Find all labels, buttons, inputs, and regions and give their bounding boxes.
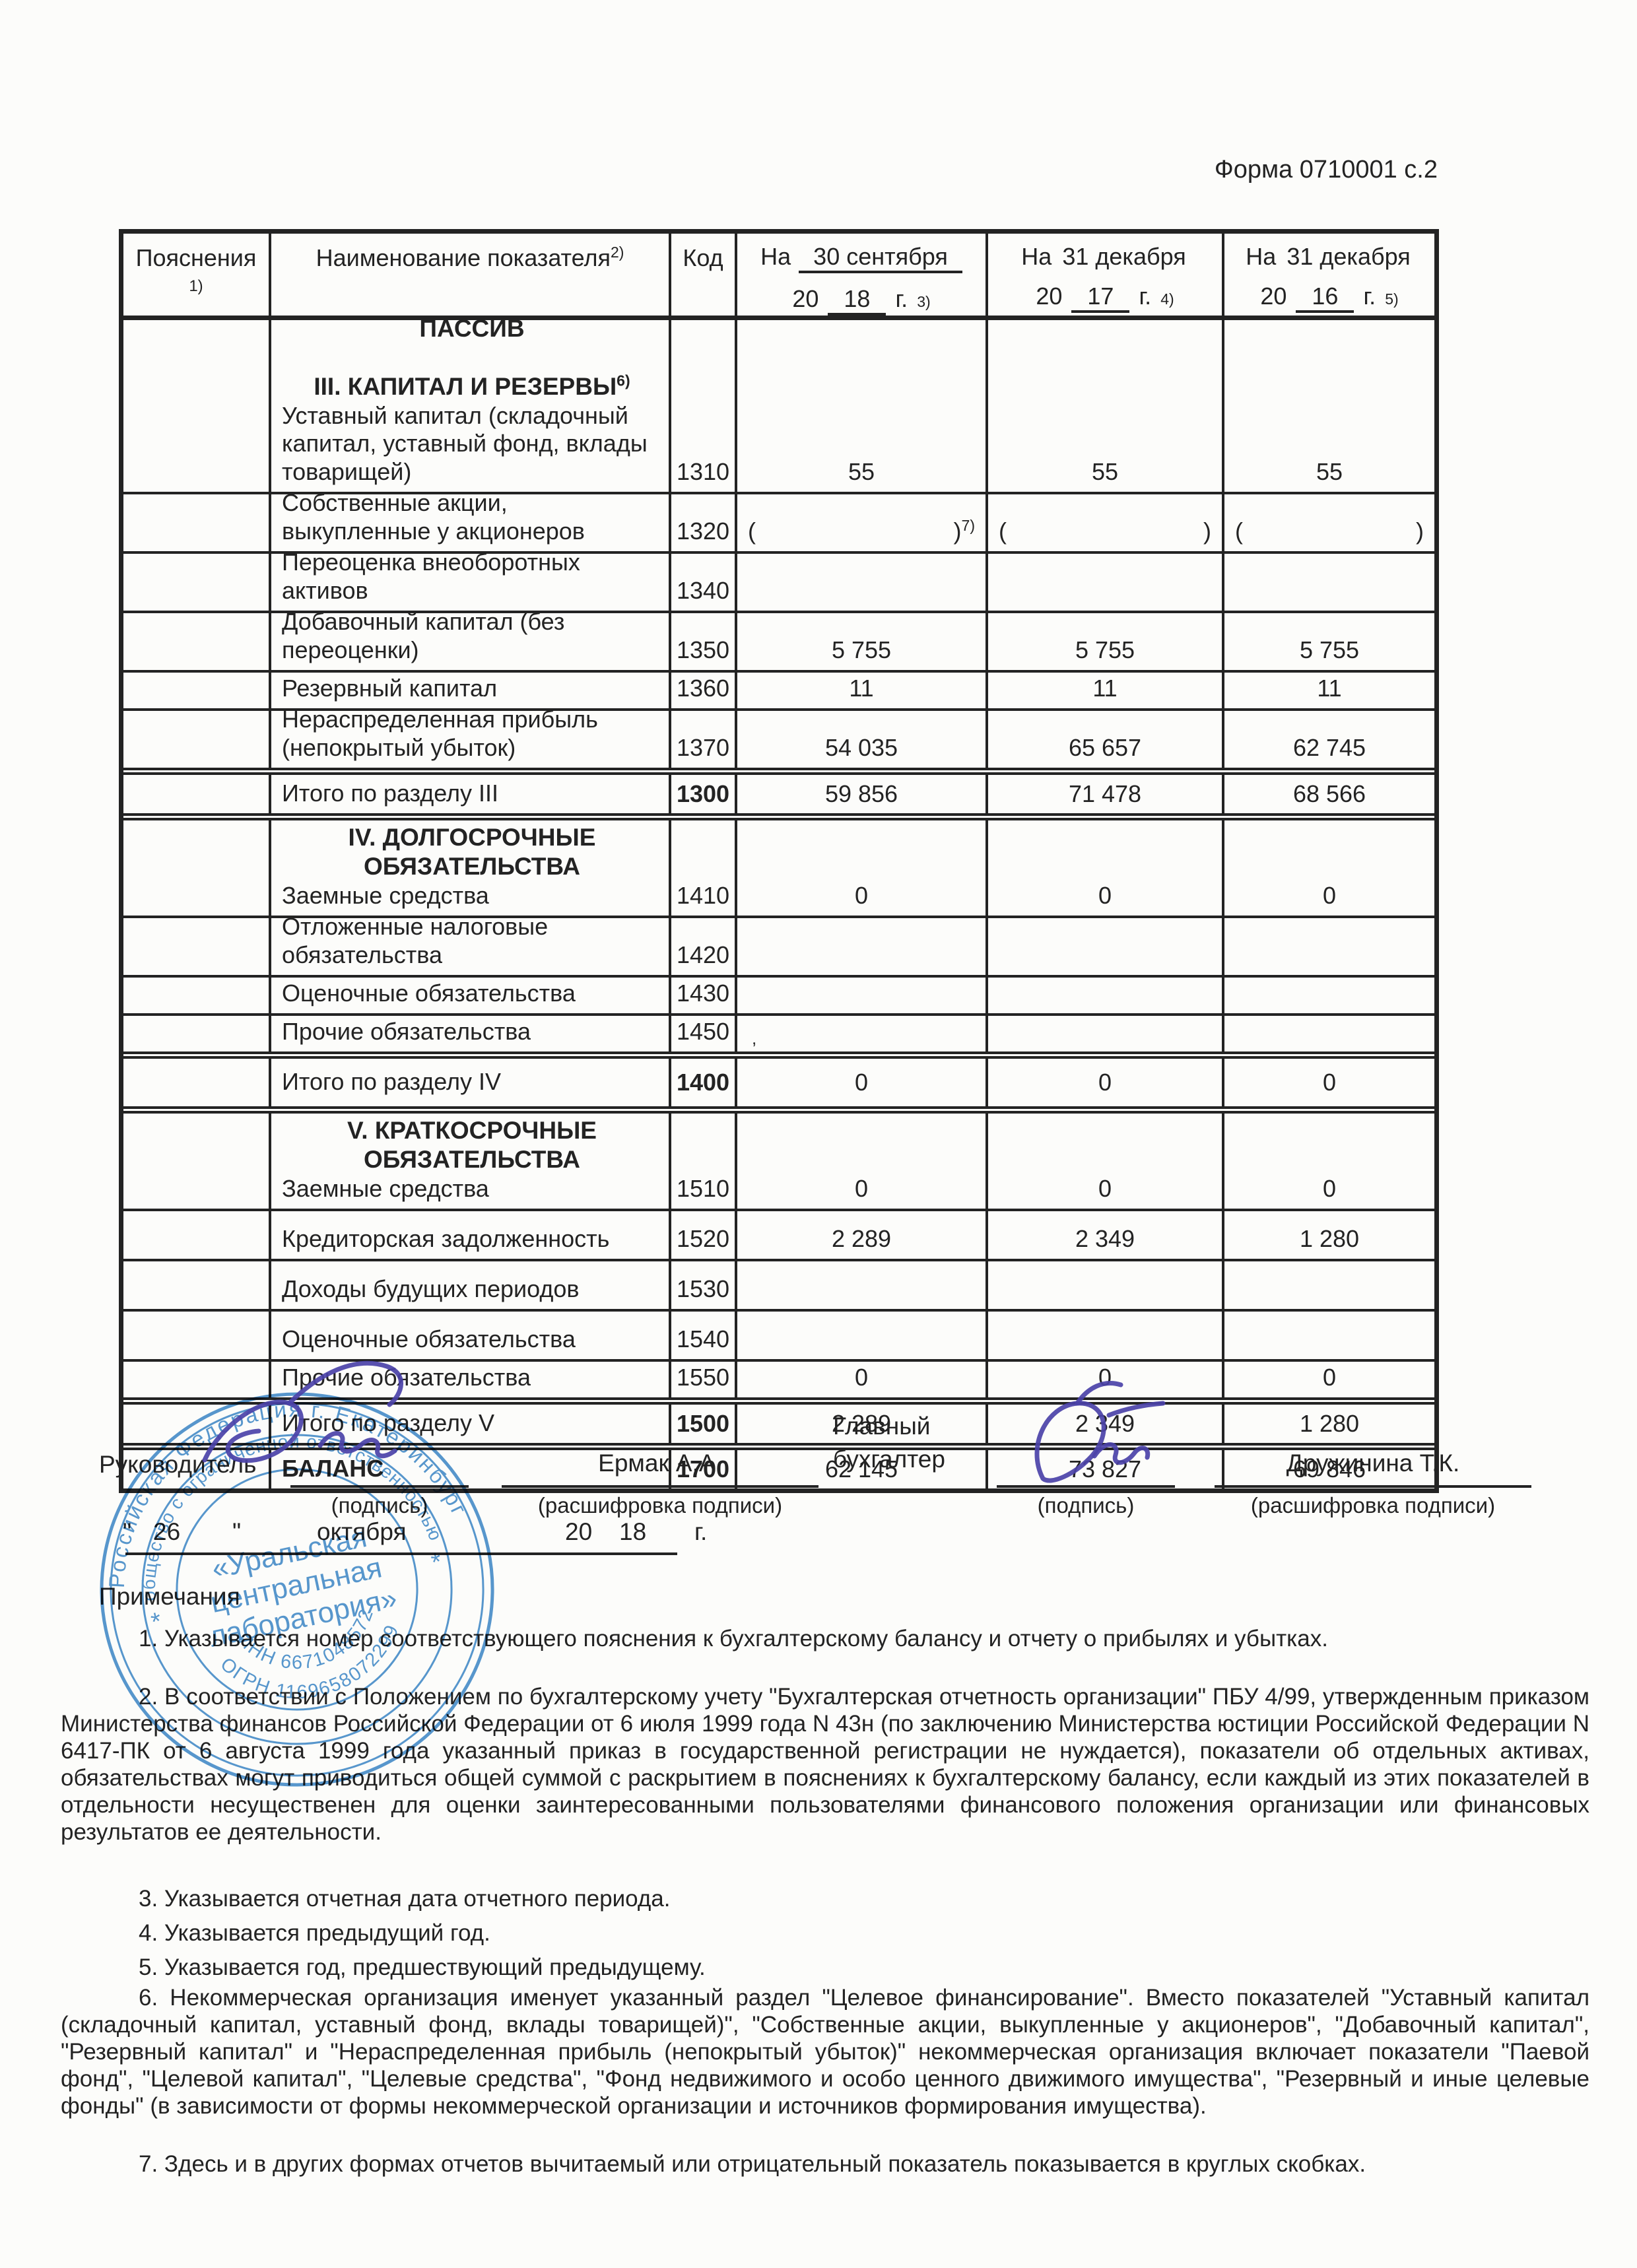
period-prefix: На (1246, 243, 1276, 271)
indicator-cell: Прочие обязательства (271, 1016, 671, 1051)
value-cell-2018: , (737, 1016, 988, 1051)
header-period: На31 декабря2017г.4) (988, 234, 1224, 316)
code-cell: 1420 (671, 918, 737, 975)
value-text: 11 (849, 675, 873, 702)
period-year: 18 (828, 285, 886, 316)
value-text: 0 (855, 882, 868, 910)
open-paren: ( (999, 517, 1007, 545)
value-cell-2016 (1224, 918, 1434, 975)
value-text: 55 (1092, 458, 1118, 486)
form-code-label: Форма 0710001 с.2 (1215, 156, 1438, 184)
note-item: 3. Указывается отчетная дата отчетного п… (61, 1885, 1589, 1912)
indicator-label: Доходы будущих периодов (282, 1275, 662, 1303)
note-item: 4. Указывается предыдущий год. (61, 1919, 1589, 1947)
explanations-cell (123, 1211, 271, 1259)
value-cell-2016: 0 (1224, 1114, 1434, 1209)
value-text: 0 (1323, 1069, 1336, 1096)
balance-sheet-page: Форма 0710001 с.2 Пояснения 1) Наименова… (0, 0, 1637, 2268)
header-explanations: Пояснения 1) (123, 234, 271, 316)
value-cell-2018: 0 (737, 1362, 988, 1397)
explanations-cell (123, 320, 271, 492)
value-cell-2017: 5 755 (988, 613, 1224, 670)
period-year: 16 (1296, 283, 1354, 313)
code-cell: 1550 (671, 1362, 737, 1397)
indicator-label: Итого по разделу III (282, 780, 662, 807)
date-century: 20 (565, 1518, 592, 1546)
code-cell: 1530 (671, 1261, 737, 1309)
value-cell-2018: 0 (737, 820, 988, 916)
header-code: Код (671, 234, 737, 316)
header-indicator-label: Наименование показателя2) (316, 244, 624, 272)
explanations-cell (123, 494, 271, 551)
code-cell: 1340 (671, 554, 737, 611)
period-year: 17 (1071, 283, 1129, 313)
table-row: Нераспределенная прибыль (непокрытый убы… (123, 708, 1434, 768)
accountant-name-line (1215, 1485, 1531, 1488)
indicator-cell: Оценочные обязательства (271, 1312, 671, 1359)
value-cell-2016 (1224, 554, 1434, 611)
table-row: Доходы будущих периодов1530 (123, 1259, 1434, 1309)
indicator-cell: V. КРАТКОСРОЧНЫЕОБЯЗАТЕЛЬСТВАЗаемные сре… (271, 1114, 671, 1209)
header-explanations-footnote: 1) (189, 277, 203, 296)
period-year-line: 2018г.3) (792, 285, 930, 316)
value-text: 2 289 (832, 1225, 891, 1253)
value-text: 0 (1323, 1175, 1336, 1203)
value-text: 5 755 (1300, 636, 1359, 664)
period-century: 20 (1260, 283, 1286, 310)
indicator-label: Переоценка внеоборотных активов (282, 549, 662, 605)
period-date-line: На30 сентября (760, 243, 962, 273)
section-heading: ПАССИВIII. КАПИТАЛ И РЕЗЕРВЫ6) (282, 308, 662, 402)
indicator-label: Заемные средства (282, 882, 662, 910)
value-cell-2017: 71 478 (988, 775, 1224, 813)
value-cell-2016: 0 (1224, 1059, 1434, 1106)
value-cell-2017: () (988, 494, 1224, 551)
value-text: 0 (1098, 1069, 1112, 1096)
date-year-line (603, 1552, 677, 1555)
value-cell-2017: 0 (988, 1114, 1224, 1209)
value-text: 55 (848, 458, 875, 486)
close-paren: )7) (954, 517, 975, 545)
explanations-cell (123, 978, 271, 1013)
indicator-cell: Переоценка внеоборотных активов (271, 554, 671, 611)
value-cell-2017: 0 (988, 820, 1224, 916)
accountant-signature-ink (1003, 1374, 1241, 1506)
value-cell-2016 (1224, 1016, 1434, 1051)
accountant-label-line1: Главный (833, 1413, 930, 1440)
table-row: Переоценка внеоборотных активов1340 (123, 551, 1434, 611)
period-year-line: 2016г.5) (1260, 283, 1398, 313)
close-paren: ) (1203, 517, 1211, 545)
value-cell-2018 (737, 978, 988, 1013)
indicator-label: Собственные акции, выкупленные у акционе… (282, 489, 662, 545)
code-cell: 1430 (671, 978, 737, 1013)
section-heading-line: III. КАПИТАЛ И РЕЗЕРВЫ6) (282, 372, 662, 401)
scan-artifact-dot: , (752, 1028, 756, 1049)
indicator-label: Заемные средства (282, 1175, 662, 1203)
period-date-line: На31 декабря (1246, 243, 1413, 271)
value-text: 0 (855, 1175, 868, 1203)
value-cell-2016: 11 (1224, 673, 1434, 708)
explanations-cell (123, 1261, 271, 1309)
date-era: г. (694, 1518, 707, 1546)
value-text: 0 (1098, 1175, 1112, 1203)
period-century: 20 (1036, 283, 1062, 310)
value-text: 1 280 (1300, 1410, 1359, 1438)
code-cell: 1450 (671, 1016, 737, 1051)
value-text: 0 (855, 1364, 868, 1391)
value-cell-2017 (988, 1312, 1224, 1359)
value-text: 54 035 (825, 734, 898, 762)
period-date: 30 сентября (799, 243, 962, 273)
table-row: Итого по разделу III130059 85671 47868 5… (123, 768, 1434, 813)
value-text: 62 745 (1293, 734, 1366, 762)
table-row: Собственные акции, выкупленные у акционе… (123, 492, 1434, 551)
value-text: 55 (1316, 458, 1343, 486)
indicator-cell: Доходы будущих периодов (271, 1261, 671, 1309)
open-paren: ( (748, 517, 756, 545)
section-heading: V. КРАТКОСРОЧНЫЕОБЯЗАТЕЛЬСТВА (282, 1111, 662, 1175)
table-body: ПАССИВIII. КАПИТАЛ И РЕЗЕРВЫ6)Уставный к… (123, 320, 1434, 1488)
explanations-cell (123, 918, 271, 975)
value-cell-2018 (737, 918, 988, 975)
accountant-name-caption: (расшифровка подписи) (1215, 1493, 1531, 1518)
value-cell-2018: 59 856 (737, 775, 988, 813)
section-heading-line: ОБЯЗАТЕЛЬСТВА (282, 1145, 662, 1174)
explanations-cell (123, 1312, 271, 1359)
code-cell: 1410 (671, 820, 737, 916)
value-cell-2017 (988, 918, 1224, 975)
value-text: 2 349 (1075, 1225, 1135, 1253)
period-era: г. (1363, 283, 1376, 310)
indicator-cell: Резервный капитал (271, 673, 671, 708)
value-cell-2016 (1224, 1312, 1434, 1359)
value-cell-2016: () (1224, 494, 1434, 551)
value-cell-2016: 0 (1224, 1362, 1434, 1397)
table-row: IV. ДОЛГОСРОЧНЫЕОБЯЗАТЕЛЬСТВАЗаемные сре… (123, 813, 1434, 916)
value-cell-2016: 62 745 (1224, 711, 1434, 768)
value-cell-2016: 1 280 (1224, 1405, 1434, 1443)
value-cell-2018 (737, 1261, 988, 1309)
section-heading-line: ПАССИВ (282, 314, 662, 343)
value-cell-2018: 0 (737, 1059, 988, 1106)
value-text: 71 478 (1069, 780, 1141, 808)
indicator-label: Итого по разделу IV (282, 1068, 662, 1096)
table-row: ПАССИВIII. КАПИТАЛ И РЕЗЕРВЫ6)Уставный к… (123, 320, 1434, 492)
value-cell-2017 (988, 1261, 1224, 1309)
indicator-label: Оценочные обязательства (282, 980, 662, 1007)
value-cell-2018: 11 (737, 673, 988, 708)
value-cell-2018: 5 755 (737, 613, 988, 670)
header-indicator-footnote: 2) (611, 244, 624, 261)
table-row: Кредиторская задолженность15202 2892 349… (123, 1209, 1434, 1259)
code-cell: 1520 (671, 1211, 737, 1259)
header-period: На31 декабря2016г.5) (1224, 234, 1434, 316)
director-name: Ермак А.А. (502, 1450, 818, 1477)
value-text: 68 566 (1293, 780, 1366, 808)
director-signature-ink (185, 1354, 502, 1493)
value-text: 0 (1098, 882, 1112, 910)
table-row: Прочие обязательства1450, (123, 1013, 1434, 1051)
explanations-cell (123, 1114, 271, 1209)
value-cell-2018: ()7) (737, 494, 988, 551)
code-cell: 1300 (671, 775, 737, 813)
section-heading: IV. ДОЛГОСРОЧНЫЕОБЯЗАТЕЛЬСТВА (282, 818, 662, 882)
indicator-label: Резервный капитал (282, 675, 662, 702)
value-cell-2016: 55 (1224, 320, 1434, 492)
indicator-cell: Кредиторская задолженность (271, 1211, 671, 1259)
explanations-cell (123, 1016, 271, 1051)
indicator-cell: IV. ДОЛГОСРОЧНЫЕОБЯЗАТЕЛЬСТВАЗаемные сре… (271, 820, 671, 916)
paren-footnote: 7) (962, 517, 975, 534)
value-cell-2017: 11 (988, 673, 1224, 708)
header-code-label: Код (683, 244, 723, 272)
indicator-cell: Итого по разделу III (271, 775, 671, 813)
code-cell: 1400 (671, 1059, 737, 1106)
indicator-label: Прочие обязательства (282, 1018, 662, 1046)
table-row: V. КРАТКОСРОЧНЫЕОБЯЗАТЕЛЬСТВАЗаемные сре… (123, 1106, 1434, 1209)
value-cell-2018: 2 289 (737, 1211, 988, 1259)
value-cell-2016: 0 (1224, 820, 1434, 916)
stamp-star-left: * (149, 1607, 164, 1636)
explanations-cell (123, 711, 271, 768)
explanations-cell (123, 554, 271, 611)
table-row: Оценочные обязательства1430 (123, 975, 1434, 1013)
note-item: 6. Некоммерческая организация именует ук… (61, 1984, 1589, 2119)
value-text: 11 (1092, 675, 1117, 702)
indicator-label: Добавочный капитал (без переоценки) (282, 608, 662, 664)
period-date-line: На31 декабря (1021, 243, 1188, 271)
period-prefix: На (1021, 243, 1052, 271)
indicator-label: Оценочные обязательства (282, 1325, 662, 1353)
section-heading-line: ОБЯЗАТЕЛЬСТВА (282, 852, 662, 881)
code-cell: 1370 (671, 711, 737, 768)
explanations-cell (123, 1059, 271, 1106)
code-cell: 1540 (671, 1312, 737, 1359)
indicator-cell: Собственные акции, выкупленные у акционе… (271, 494, 671, 551)
code-cell: 1360 (671, 673, 737, 708)
open-paren: ( (1235, 517, 1243, 545)
value-cell-2018: 54 035 (737, 711, 988, 768)
value-cell-2017 (988, 978, 1224, 1013)
value-cell-2016 (1224, 978, 1434, 1013)
value-cell-2018: 55 (737, 320, 988, 492)
period-date: 31 декабря (1284, 243, 1413, 271)
accountant-name: Дружинина Т.К. (1215, 1450, 1531, 1477)
value-cell-2017: 2 349 (988, 1211, 1224, 1259)
paren-placeholder: ()7) (737, 517, 986, 545)
balance-table: Пояснения 1) Наименование показателя2) К… (119, 229, 1439, 1493)
value-cell-2017: 0 (988, 1059, 1224, 1106)
indicator-label: Отложенные налоговые обязательства (282, 913, 662, 969)
value-text: 65 657 (1069, 734, 1141, 762)
director-name-caption: (расшифровка подписи) (502, 1493, 818, 1518)
table-row: Отложенные налоговые обязательства1420 (123, 916, 1434, 975)
explanations-cell (123, 775, 271, 813)
close-paren: ) (1416, 517, 1424, 545)
period-year-line: 2017г.4) (1036, 283, 1174, 313)
value-cell-2016: 5 755 (1224, 613, 1434, 670)
explanations-cell (123, 613, 271, 670)
value-cell-2017 (988, 554, 1224, 611)
section-heading-line: V. КРАТКОСРОЧНЫЕ (282, 1116, 662, 1145)
period-date: 31 декабря (1059, 243, 1188, 271)
value-text: 5 755 (832, 636, 891, 664)
value-text: 0 (855, 1069, 868, 1096)
value-text: 1 280 (1300, 1225, 1359, 1253)
code-cell: 1320 (671, 494, 737, 551)
explanations-cell (123, 673, 271, 708)
indicator-cell: Оценочные обязательства (271, 978, 671, 1013)
stamp-star-right: * (429, 1548, 444, 1577)
value-cell-2017: 65 657 (988, 711, 1224, 768)
value-cell-2016 (1224, 1261, 1434, 1309)
value-cell-2018 (737, 554, 988, 611)
period-era: г. (895, 285, 908, 313)
period-prefix: На (760, 243, 791, 271)
table-row: Оценочные обязательства1540 (123, 1309, 1434, 1359)
value-text: 59 856 (825, 780, 898, 808)
table-row: Итого по разделу IV1400000 (123, 1051, 1434, 1106)
section-heading-line: IV. ДОЛГОСРОЧНЫЕ (282, 823, 662, 852)
value-cell-2016: 1 280 (1224, 1211, 1434, 1259)
code-cell: 1310 (671, 320, 737, 492)
period-era: г. (1139, 283, 1151, 310)
indicator-cell: Добавочный капитал (без переоценки) (271, 613, 671, 670)
director-name-line (502, 1485, 818, 1488)
note-item: 5. Указывается год, предшествующий преды… (61, 1954, 1589, 1981)
indicator-cell: Отложенные налоговые обязательства (271, 918, 671, 975)
explanations-cell (123, 820, 271, 916)
header-indicator-text: Наименование показателя (316, 244, 611, 271)
paren-placeholder: () (1224, 517, 1434, 545)
accountant-label-line2: бухгалтер (833, 1446, 945, 1473)
period-century: 20 (792, 285, 818, 313)
value-cell-2017 (988, 1016, 1224, 1051)
value-text: 0 (1323, 882, 1336, 910)
value-text: 5 755 (1075, 636, 1135, 664)
code-cell: 1510 (671, 1114, 737, 1209)
indicator-label: Уставный капитал (складочный капитал, ус… (282, 402, 662, 486)
value-text: 11 (1317, 675, 1341, 702)
section-footnote: 6) (617, 372, 630, 389)
code-cell: 1500 (671, 1405, 737, 1443)
value-text: 0 (1323, 1364, 1336, 1391)
value-cell-2018: 0 (737, 1114, 988, 1209)
value-cell-2016: 68 566 (1224, 775, 1434, 813)
table-row: Резервный капитал1360111111 (123, 670, 1434, 708)
header-indicator: Наименование показателя2) (271, 234, 671, 316)
indicator-cell: Итого по разделу IV (271, 1059, 671, 1106)
header-explanations-label: Пояснения (136, 244, 257, 272)
indicator-label: Нераспределенная прибыль (непокрытый убы… (282, 706, 662, 762)
value-cell-2018 (737, 1312, 988, 1359)
table-row: Добавочный капитал (без переоценки)13505… (123, 611, 1434, 670)
indicator-cell: Нераспределенная прибыль (непокрытый убы… (271, 711, 671, 768)
note-item: 7. Здесь и в других формах отчетов вычит… (61, 2151, 1589, 2178)
paren-placeholder: () (988, 517, 1222, 545)
value-cell-2017: 55 (988, 320, 1224, 492)
code-cell: 1350 (671, 613, 737, 670)
header-period: На30 сентября2018г.3) (737, 234, 988, 316)
indicator-cell: ПАССИВIII. КАПИТАЛ И РЕЗЕРВЫ6)Уставный к… (271, 320, 671, 492)
indicator-label: Кредиторская задолженность (282, 1225, 662, 1253)
date-year: 18 (619, 1518, 646, 1546)
